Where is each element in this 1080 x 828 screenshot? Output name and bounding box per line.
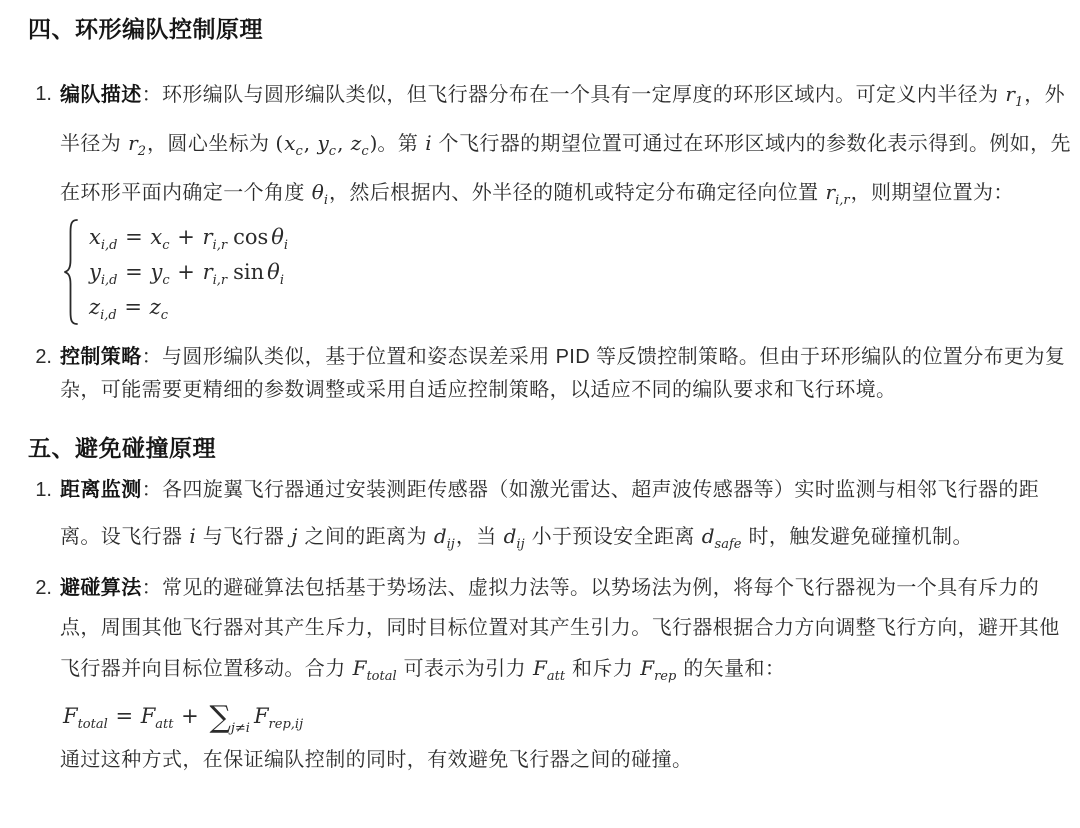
text-run: ：与圆形编队类似，基于位置和姿态误差采用 PID 等反馈控制策略。但由于环形编队… [60, 346, 1065, 401]
math-operator: = [119, 260, 150, 284]
math-run: zi,d [88, 295, 118, 319]
list-item-formation-description: 1. 编队描述：环形编队与圆形编队类似，但飞行器分布在一个具有一定厚度的环形区域… [28, 70, 1072, 326]
math-run: Frep,ij [253, 704, 304, 728]
math-run: xc [283, 131, 304, 155]
math-operator: = [118, 225, 149, 249]
math-run: Ftotal [62, 704, 109, 728]
math-operator: , [304, 131, 317, 155]
math-run: Ftotal [352, 656, 398, 680]
document-page: 四、环形编队控制原理 1. 编队描述：环形编队与圆形编队类似，但飞行器分布在一个… [0, 0, 1080, 773]
left-curly-brace-icon [63, 218, 79, 326]
text-run: 之间的距离为 [298, 526, 432, 548]
math-run: θi [266, 260, 285, 284]
closing-text: 通过这种方式，在保证编队控制的同时，有效避免飞行器之间的碰撞。 [60, 748, 1072, 773]
list-item-body: 编队描述：环形编队与圆形编队类似，但飞行器分布在一个具有一定厚度的环形区域内。可… [60, 70, 1072, 326]
math-run: Fatt [532, 656, 566, 680]
text-run: 。第 [377, 133, 424, 155]
math-operator: + [175, 704, 206, 728]
math-run: dsafe [701, 524, 743, 548]
math-run: Frep [639, 656, 677, 680]
list-item-control-strategy: 2. 控制策略：与圆形编队类似，基于位置和姿态误差采用 PID 等反馈控制策略。… [28, 341, 1072, 407]
math-run: θi [270, 225, 289, 249]
text-run: 可表示为引力 [398, 658, 532, 680]
list-item-avoidance-algorithm: 2. 避碰算法：常见的避碰算法包括基于势场法、虚拟力法等。以势场法为例，将每个飞… [28, 568, 1072, 773]
section-heading-ring-formation: 四、环形编队控制原理 [28, 14, 1072, 44]
text-run: ，当 [456, 526, 503, 548]
math-operator: = [109, 704, 140, 728]
equation-line-y: yi,d = yc + ri,rsinθi [88, 255, 289, 290]
list-number: 2. [28, 341, 52, 374]
text-run: ，则期望位置为： [851, 182, 1014, 204]
list-item-body: 距离监测：各四旋翼飞行器通过安装测距传感器（如激光雷达、超声波传感器等）实时监测… [60, 467, 1072, 560]
math-run: xc [149, 225, 170, 249]
math-run: yi,d [88, 260, 119, 284]
text-run: ：环形编队与圆形编队类似，但飞行器分布在一个具有一定厚度的环形区域内。可定义内半… [142, 84, 1005, 106]
text-run: ，圆心坐标为 [147, 133, 275, 155]
section-heading-collision-avoidance: 五、避免碰撞原理 [28, 433, 1072, 463]
math-function: cos [233, 225, 268, 249]
bold-run: 编队描述 [60, 84, 142, 106]
bold-run: 避碰算法 [60, 577, 142, 599]
math-run: yc [149, 260, 170, 284]
math-run: dij [433, 524, 456, 548]
math-operator: + [171, 225, 202, 249]
math-run: yc [316, 131, 337, 155]
paragraph-formation-description: 编队描述：环形编队与圆形编队类似，但飞行器分布在一个具有一定厚度的环形区域内。可… [60, 70, 1072, 217]
math-run: xi,d [88, 225, 118, 249]
list-number: 1. [28, 70, 52, 118]
equation-line-z: zi,d = zc [88, 290, 289, 325]
math-run: ri,r [202, 225, 229, 249]
list-item-distance-monitoring: 1. 距离监测：各四旋翼飞行器通过安装测距传感器（如激光雷达、超声波传感器等）实… [28, 467, 1072, 560]
bold-run: 距离监测 [60, 479, 142, 501]
math-run: ri,r [825, 180, 851, 204]
math-run: zc [350, 131, 370, 155]
bold-run: 控制策略 [60, 346, 142, 368]
equation-total-force: Ftotal = Fatt + ∑j≠iFrep,ij [62, 699, 1072, 735]
math-run: Fatt [140, 704, 175, 728]
math-run: i [424, 131, 432, 155]
paragraph-distance-monitoring: 距离监测：各四旋翼飞行器通过安装测距传感器（如激光雷达、超声波传感器等）实时监测… [60, 467, 1072, 560]
math-run: i [188, 524, 196, 548]
list-item-body: 控制策略：与圆形编队类似，基于位置和姿态误差采用 PID 等反馈控制策略。但由于… [60, 341, 1072, 407]
text-run: 和斥力 [566, 658, 639, 680]
math-run: dij [503, 524, 526, 548]
math-operator: , [337, 131, 350, 155]
math-run: zc [149, 295, 169, 319]
equation-cases-block: xi,d = xc + ri,rcosθi yi,d = yc + ri,rsi… [63, 218, 1072, 326]
text-run: 与飞行器 [197, 526, 291, 548]
text-run: 小于预设安全距离 [526, 526, 701, 548]
list-item-body: 避碰算法：常见的避碰算法包括基于势场法、虚拟力法等。以势场法为例，将每个飞行器视… [60, 568, 1072, 773]
text-run: 的矢量和： [677, 658, 785, 680]
text-run: 时，触发避免碰撞机制。 [742, 526, 972, 548]
sum-symbol: ∑j≠i [205, 705, 253, 728]
math-run: r2 [127, 131, 147, 155]
math-run: θi [311, 180, 329, 204]
math-function: sin [233, 260, 264, 284]
paragraph-control-strategy: 控制策略：与圆形编队类似，基于位置和姿态误差采用 PID 等反馈控制策略。但由于… [60, 341, 1072, 407]
list-number: 1. [28, 467, 52, 513]
math-operator: = [118, 295, 149, 319]
math-operator: + [171, 260, 202, 284]
list-number: 2. [28, 568, 52, 608]
text-run: ，然后根据内、外半径的随机或特定分布确定径向位置 [329, 182, 825, 204]
math-run: r1 [1004, 82, 1024, 106]
paragraph-avoidance-algorithm: 避碰算法：常见的避碰算法包括基于势场法、虚拟力法等。以势场法为例，将每个飞行器视… [60, 568, 1072, 689]
equation-cases-lines: xi,d = xc + ri,rcosθi yi,d = yc + ri,rsi… [88, 220, 289, 325]
equation-line-x: xi,d = xc + ri,rcosθi [88, 220, 289, 255]
math-run: ri,r [202, 260, 229, 284]
